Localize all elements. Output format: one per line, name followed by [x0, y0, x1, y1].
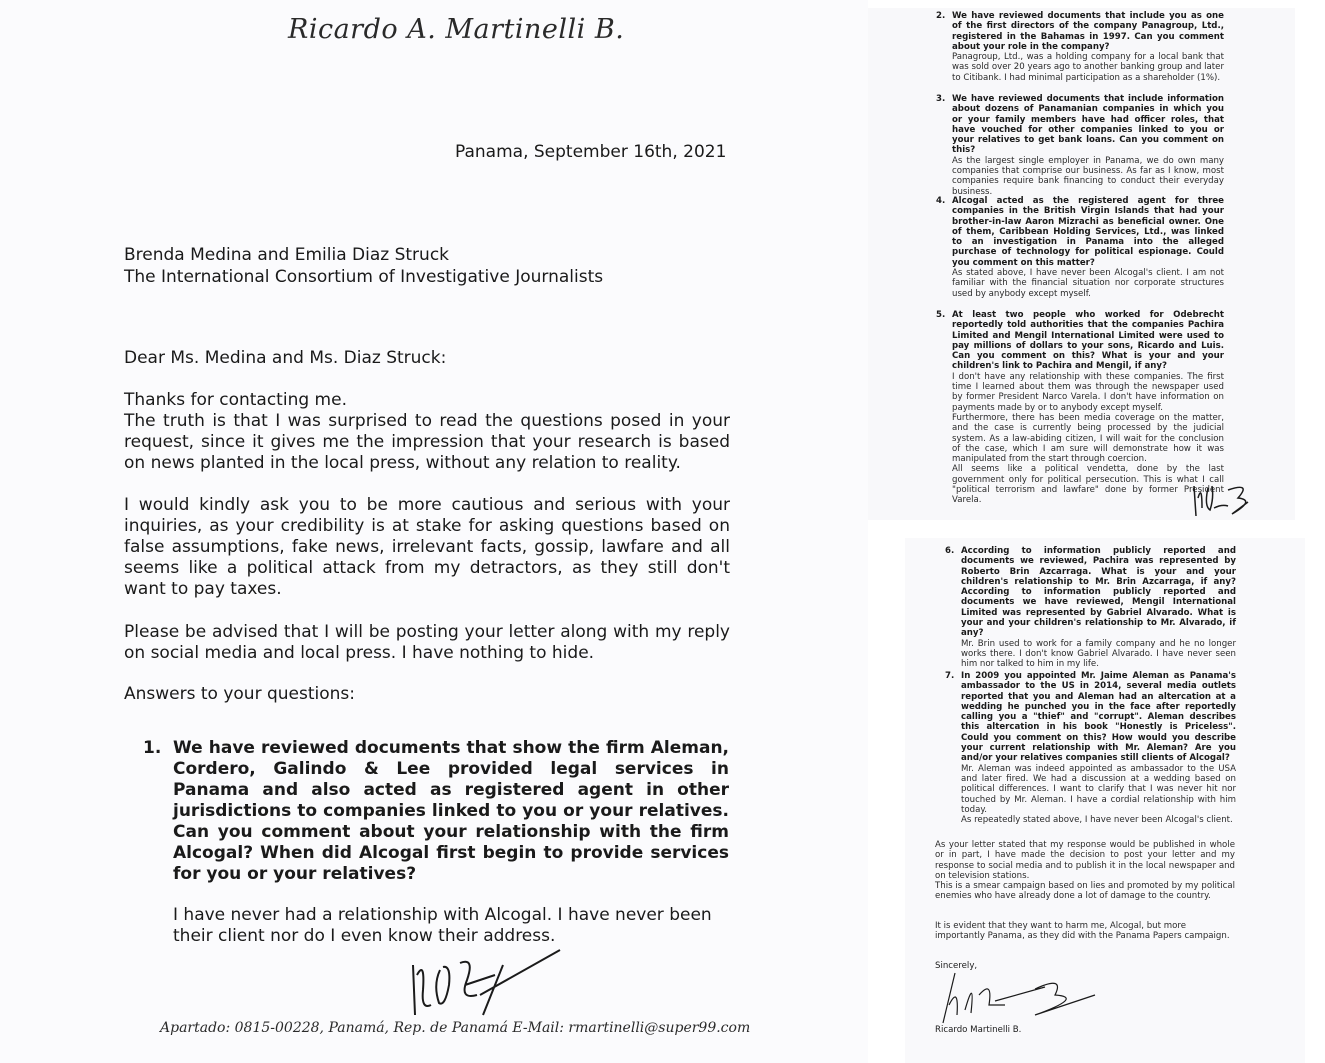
question-5-block: 5. At least two people who worked for Od…: [952, 310, 1224, 506]
paragraph-intro-rest: The truth is that I was surprised to rea…: [124, 411, 730, 474]
question-number: 6.: [945, 546, 954, 556]
salutation: Dear Ms. Medina and Ms. Diaz Struck:: [124, 348, 446, 368]
question-1: We have reviewed documents that show the…: [173, 738, 729, 885]
question-4: Alcogal acted as the registered agent fo…: [952, 196, 1224, 268]
question-number: 7.: [945, 671, 954, 681]
question-number: 3.: [936, 94, 945, 104]
question-5: At least two people who worked for Odebr…: [952, 310, 1224, 372]
question-7: In 2009 you appointed Mr. Jaime Aleman a…: [961, 671, 1236, 764]
question-number: 4.: [936, 196, 945, 206]
paragraph-caution: I would kindly ask you to be more cautio…: [124, 495, 730, 600]
answer-7-part-1: Mr. Aleman was indeed appointed as ambas…: [961, 764, 1236, 815]
question-2-block: 2. We have reviewed documents that inclu…: [952, 11, 1224, 83]
answer-3: As the largest single employer in Panama…: [952, 156, 1224, 197]
letter-footer: Apartado: 0815-00228, Panamá, Rep. de Pa…: [160, 1020, 750, 1036]
letterhead: Ricardo A. Martinelli B.: [288, 14, 624, 45]
question-6: According to information publicly report…: [961, 546, 1236, 639]
answer-4: As stated above, I have never been Alcog…: [952, 268, 1224, 299]
closing-paragraph-1: As your letter stated that my response w…: [935, 840, 1235, 902]
answers-heading: Answers to your questions:: [124, 684, 355, 704]
letter-date: Panama, September 16th, 2021: [455, 142, 726, 162]
answer-5-part-2: Furthermore, there has been media covera…: [952, 413, 1224, 464]
answer-2: Panagroup, Ltd., was a holding company f…: [952, 52, 1224, 83]
closing-smear-note: This is a smear campaign based on lies a…: [935, 881, 1235, 902]
paragraph-intro-first-line: Thanks for contacting me.: [124, 390, 730, 411]
question-6-block: 6. According to information publicly rep…: [961, 546, 1236, 670]
recipient-names: Brenda Medina and Emilia Diaz Struck: [124, 244, 603, 266]
signature-icon: [935, 965, 1105, 1025]
signature-icon: [405, 945, 565, 1020]
question-number: 1.: [143, 738, 161, 758]
recipient-organization: The International Consortium of Investig…: [124, 266, 603, 288]
answer-7-part-2: As repeatedly stated above, I have never…: [961, 815, 1236, 825]
answer-5-part-1: I don't have any relationship with these…: [952, 372, 1224, 413]
question-3-block: 3. We have reviewed documents that inclu…: [952, 94, 1224, 197]
closing-paragraph-2: It is evident that they want to harm me,…: [935, 921, 1235, 942]
signatory-name: Ricardo Martinelli B.: [935, 1025, 1021, 1035]
question-4-block: 4. Alcogal acted as the registered agent…: [952, 196, 1224, 299]
question-2: We have reviewed documents that include …: [952, 11, 1224, 52]
answer-5-part-3: All seems like a political vendetta, don…: [952, 464, 1224, 505]
answer-6: Mr. Brin used to work for a family compa…: [961, 639, 1236, 670]
paragraph-publication: Please be advised that I will be posting…: [124, 622, 730, 664]
paragraph-intro: Thanks for contacting me. The truth is t…: [124, 390, 730, 474]
question-7-block: 7. In 2009 you appointed Mr. Jaime Alema…: [961, 671, 1236, 825]
question-number: 5.: [936, 310, 945, 320]
letter-page-1: Ricardo A. Martinelli B. Panama, Septemb…: [0, 0, 868, 1063]
question-number: 2.: [936, 11, 945, 21]
closing-publication-note: As your letter stated that my response w…: [935, 840, 1235, 881]
question-3: We have reviewed documents that include …: [952, 94, 1224, 156]
signature-icon: [1188, 478, 1258, 518]
answer-1: I have never had a relationship with Alc…: [173, 905, 729, 947]
recipients-block: Brenda Medina and Emilia Diaz Struck The…: [124, 244, 603, 288]
